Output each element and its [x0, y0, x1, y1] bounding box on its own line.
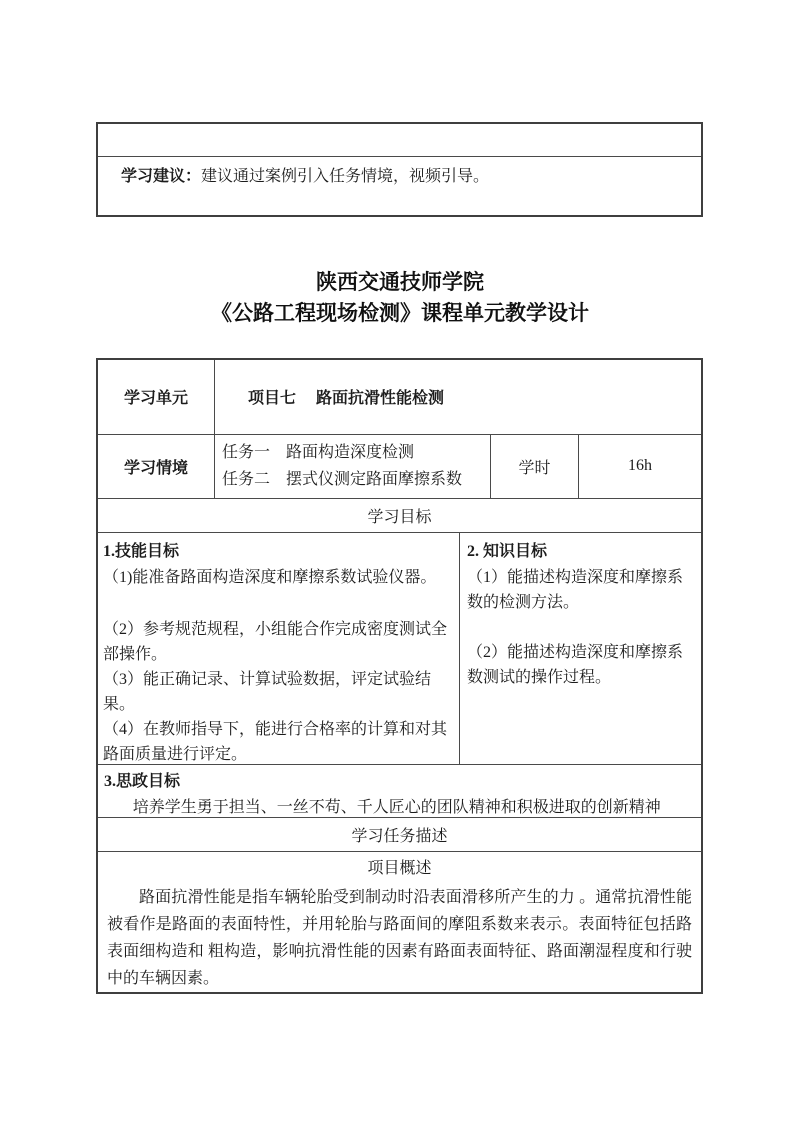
title-line-course: 《公路工程现场检测》课程单元教学设计 [0, 298, 800, 329]
suggestion-box-empty-row [98, 124, 701, 157]
suggestion-text: 建议通过案例引入任务情境，视频引导。 [201, 168, 489, 185]
hours-value: 16h [579, 435, 701, 499]
suggestion-box: 学习建议：建议通过案例引入任务情境，视频引导。 [96, 122, 703, 217]
knowledge-goals-cell: 2. 知识目标 （1）能描述构造深度和摩擦系数的检测方法。 （2）能描述构造深度… [460, 533, 701, 764]
row-objectives-header: 学习目标 [98, 499, 701, 532]
title-line-school: 陕西交通技师学院 [0, 267, 800, 298]
knowledge-goals-title: 2. 知识目标 [467, 538, 695, 565]
row-ideology-goal: 3.思政目标 培养学生勇于担当、一丝不苟、千人匠心的团队精神和积极进取的创新精神 [98, 765, 701, 818]
row-goals: 1.技能目标 （1)能准备路面构造深度和摩擦系数试验仪器。 （2）参考规范规程，… [98, 533, 701, 765]
ideology-goal-title: 3.思政目标 [104, 768, 693, 795]
project-overview-text: 路面抗滑性能是指车辆轮胎受到制动时沿表面滑移所产生的力 。通常抗滑性能被看作是路… [107, 884, 692, 992]
row-learning-unit: 学习单元 项目七 路面抗滑性能检测 [98, 360, 701, 435]
skill-goal-item-2: （2）参考规范规程，小组能合作完成密度测试全部操作。 [103, 617, 453, 667]
skill-goal-item-1: （1)能准备路面构造深度和摩擦系数试验仪器。 [103, 565, 453, 590]
ideology-goal-text: 培养学生勇于担当、一丝不苟、千人匠心的团队精神和积极进取的创新精神 [104, 795, 693, 820]
objectives-header: 学习目标 [98, 499, 701, 531]
skill-goal-item-4: （4）在教师指导下，能进行合格率的计算和对其路面质量进行评定。 [103, 717, 453, 767]
learning-unit-value: 项目七 路面抗滑性能检测 [215, 360, 701, 434]
learning-situation-tasks: 任务一 路面构造深度检测 任务二 摆式仪测定路面摩擦系数 [215, 435, 491, 499]
task-2: 任务二 摆式仪测定路面摩擦系数 [222, 466, 490, 493]
skill-goals-title: 1.技能目标 [103, 538, 453, 565]
ideology-goal-cell: 3.思政目标 培养学生勇于担当、一丝不苟、千人匠心的团队精神和积极进取的创新精神 [98, 765, 701, 817]
row-task-desc-header: 学习任务描述 [98, 818, 701, 852]
design-table: 学习单元 项目七 路面抗滑性能检测 学习情境 任务一 路面构造深度检测 任务二 … [96, 358, 703, 994]
row-project-overview: 项目概述 路面抗滑性能是指车辆轮胎受到制动时沿表面滑移所产生的力 。通常抗滑性能… [98, 852, 701, 992]
skill-goal-item-3: （3）能正确记录、计算试验数据，评定试验结果。 [103, 667, 453, 717]
learning-situation-label: 学习情境 [98, 435, 215, 499]
suggestion-label: 学习建议： [121, 168, 201, 185]
knowledge-goal-item-1: （1）能描述构造深度和摩擦系数的检测方法。 [467, 565, 695, 615]
project-overview-cell: 项目概述 路面抗滑性能是指车辆轮胎受到制动时沿表面滑移所产生的力 。通常抗滑性能… [98, 852, 701, 992]
document-page: 学习建议：建议通过案例引入任务情境，视频引导。 陕西交通技师学院 《公路工程现场… [0, 0, 800, 1131]
suggestion-row: 学习建议：建议通过案例引入任务情境，视频引导。 [98, 157, 701, 189]
row-learning-situation: 学习情境 任务一 路面构造深度检测 任务二 摆式仪测定路面摩擦系数 学时 16h [98, 435, 701, 500]
learning-unit-label: 学习单元 [98, 360, 215, 434]
project-overview-title: 项目概述 [107, 854, 692, 884]
knowledge-goal-item-2: （2）能描述构造深度和摩擦系数测试的操作过程。 [467, 640, 695, 690]
document-title: 陕西交通技师学院 《公路工程现场检测》课程单元教学设计 [0, 267, 800, 329]
task-1: 任务一 路面构造深度检测 [222, 439, 490, 466]
hours-label: 学时 [491, 435, 579, 499]
task-desc-header: 学习任务描述 [98, 818, 701, 851]
skill-goals-cell: 1.技能目标 （1)能准备路面构造深度和摩擦系数试验仪器。 （2）参考规范规程，… [98, 533, 460, 764]
